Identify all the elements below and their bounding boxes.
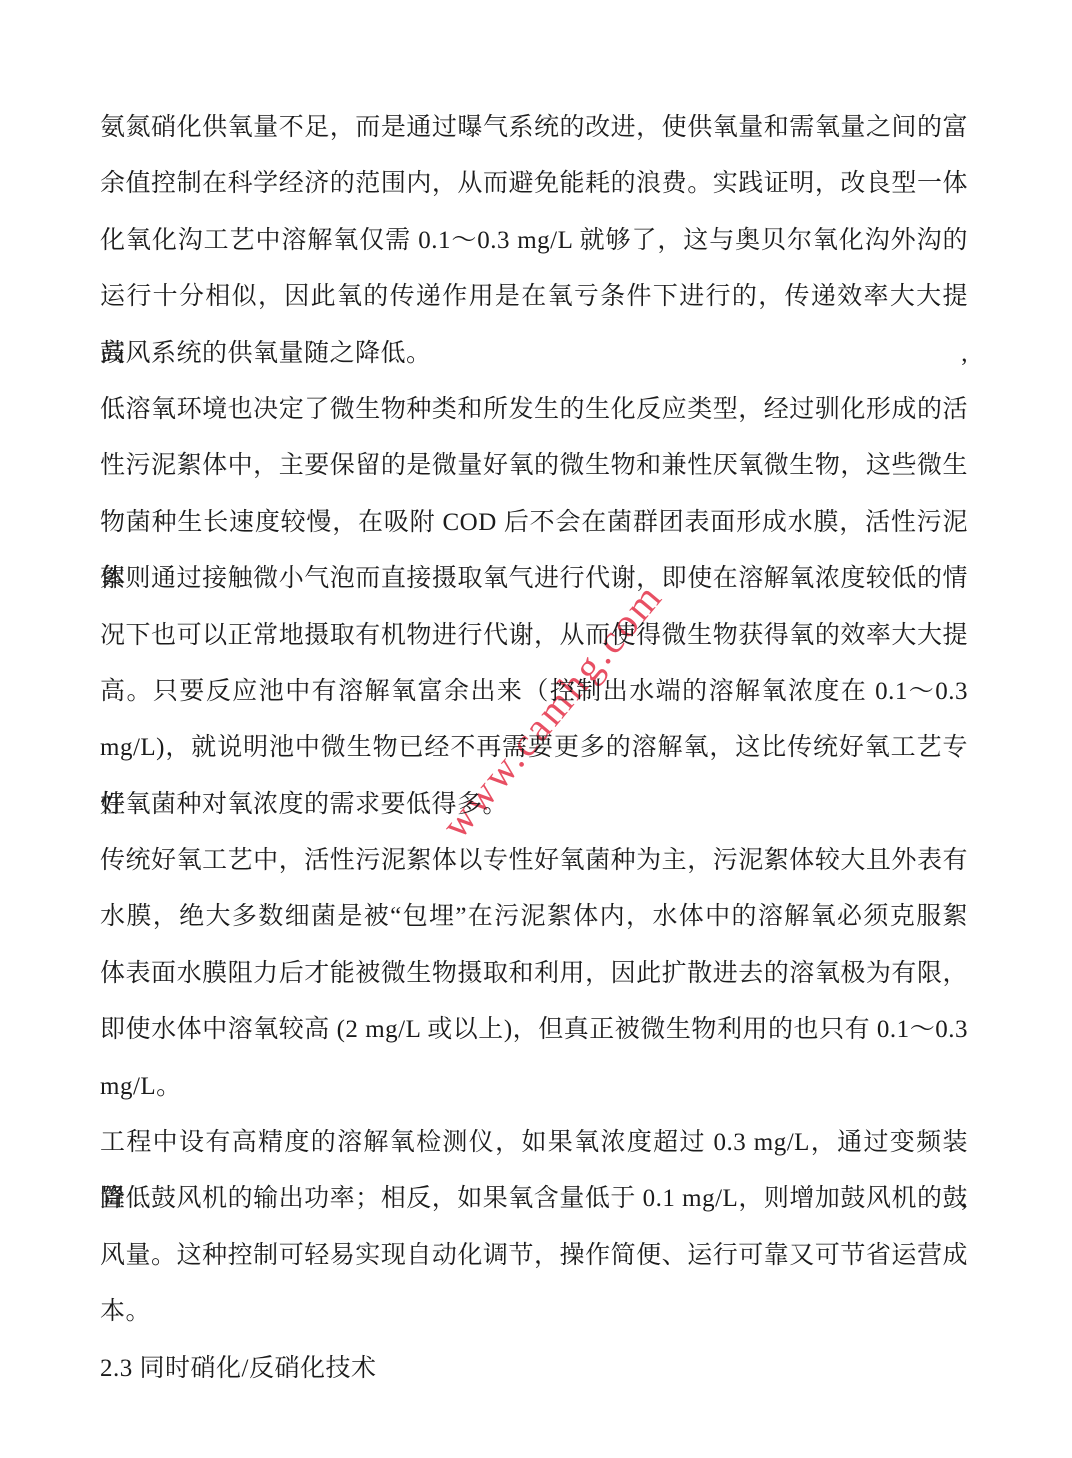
paragraph: 传统好氧工艺中，活性污泥絮体以专性好氧菌种为主，污泥絮体较大且外表有水膜，绝大多…: [100, 833, 968, 1115]
text-line: 水膜，绝大多数细菌是被“包埋”在污泥絮体内，水体中的溶解氧必须克服絮: [100, 889, 968, 945]
text-line: 性污泥絮体中，主要保留的是微量好氧的微生物和兼性厌氧微生物，这些微生: [100, 438, 968, 494]
text-line: 运行十分相似，因此氧的传递作用是在氧亏条件下进行的，传递效率大大提高,: [100, 269, 968, 325]
text-line: 氨氮硝化供氧量不足，而是通过曝气系统的改进，使供氧量和需氧量之间的富: [100, 100, 968, 156]
paragraph: 工程中设有高精度的溶解氧检测仪，如果氧浓度超过 0.3 mg/L，通过变频装置,…: [100, 1115, 968, 1341]
paragraph: 氨氮硝化供氧量不足，而是通过曝气系统的改进，使供氧量和需氧量之间的富余值控制在科…: [100, 100, 968, 382]
text-line: 高。只要反应池中有溶解氧富余出来（控制出水端的溶解氧浓度在 0.1～0.3: [100, 664, 968, 720]
text-line: 化氧化沟工艺中溶解氧仅需 0.1～0.3 mg/L 就够了，这与奥贝尔氧化沟外沟…: [100, 213, 968, 269]
heading-line: 2.3 同时硝化/反硝化技术: [100, 1341, 968, 1397]
text-line: 体表面水膜阻力后才能被微生物摄取和利用，因此扩散进去的溶氧极为有限，: [100, 946, 968, 1002]
text-line: 低溶氧环境也决定了微生物种类和所发生的生化反应类型，经过驯化形成的活: [100, 382, 968, 438]
document-page: www.camhg.com 氨氮硝化供氧量不足，而是通过曝气系统的改进，使供氧量…: [0, 0, 1072, 1458]
paragraph: 低溶氧环境也决定了微生物种类和所发生的生化反应类型，经过驯化形成的活性污泥絮体中…: [100, 382, 968, 833]
text-line: mg/L。: [100, 1059, 968, 1115]
document-body: 氨氮硝化供氧量不足，而是通过曝气系统的改进，使供氧量和需氧量之间的富余值控制在科…: [100, 100, 968, 1397]
text-line: 况下也可以正常地摄取有机物进行代谢，从而使得微生物获得氧的效率大大提: [100, 608, 968, 664]
text-line: 传统好氧工艺中，活性污泥絮体以专性好氧菌种为主，污泥絮体较大且外表有: [100, 833, 968, 889]
text-line: mg/L)，就说明池中微生物已经不再需要更多的溶解氧，这比传统好氧工艺专性: [100, 720, 968, 776]
text-line: 体则通过接触微小气泡而直接摄取氧气进行代谢，即使在溶解氧浓度较低的情: [100, 551, 968, 607]
text-line: 余值控制在科学经济的范围内，从而避免能耗的浪费。实践证明，改良型一体: [100, 156, 968, 212]
text-line: 工程中设有高精度的溶解氧检测仪，如果氧浓度超过 0.3 mg/L，通过变频装置,: [100, 1115, 968, 1171]
text-line: 物菌种生长速度较慢，在吸附 COD 后不会在菌群团表面形成水膜，活性污泥絮: [100, 495, 968, 551]
text-line: 好氧菌种对氧浓度的需求要低得多。: [100, 777, 968, 833]
text-line: 本。: [100, 1284, 968, 1340]
section-heading: 2.3 同时硝化/反硝化技术: [100, 1341, 968, 1397]
text-line: 即使水体中溶氧较高 (2 mg/L 或以上)，但真正被微生物利用的也只有 0.1…: [100, 1002, 968, 1058]
text-line: 降低鼓风机的输出功率；相反，如果氧含量低于 0.1 mg/L，则增加鼓风机的鼓: [100, 1171, 968, 1227]
text-line: 风量。这种控制可轻易实现自动化调节，操作简便、运行可靠又可节省运营成: [100, 1228, 968, 1284]
